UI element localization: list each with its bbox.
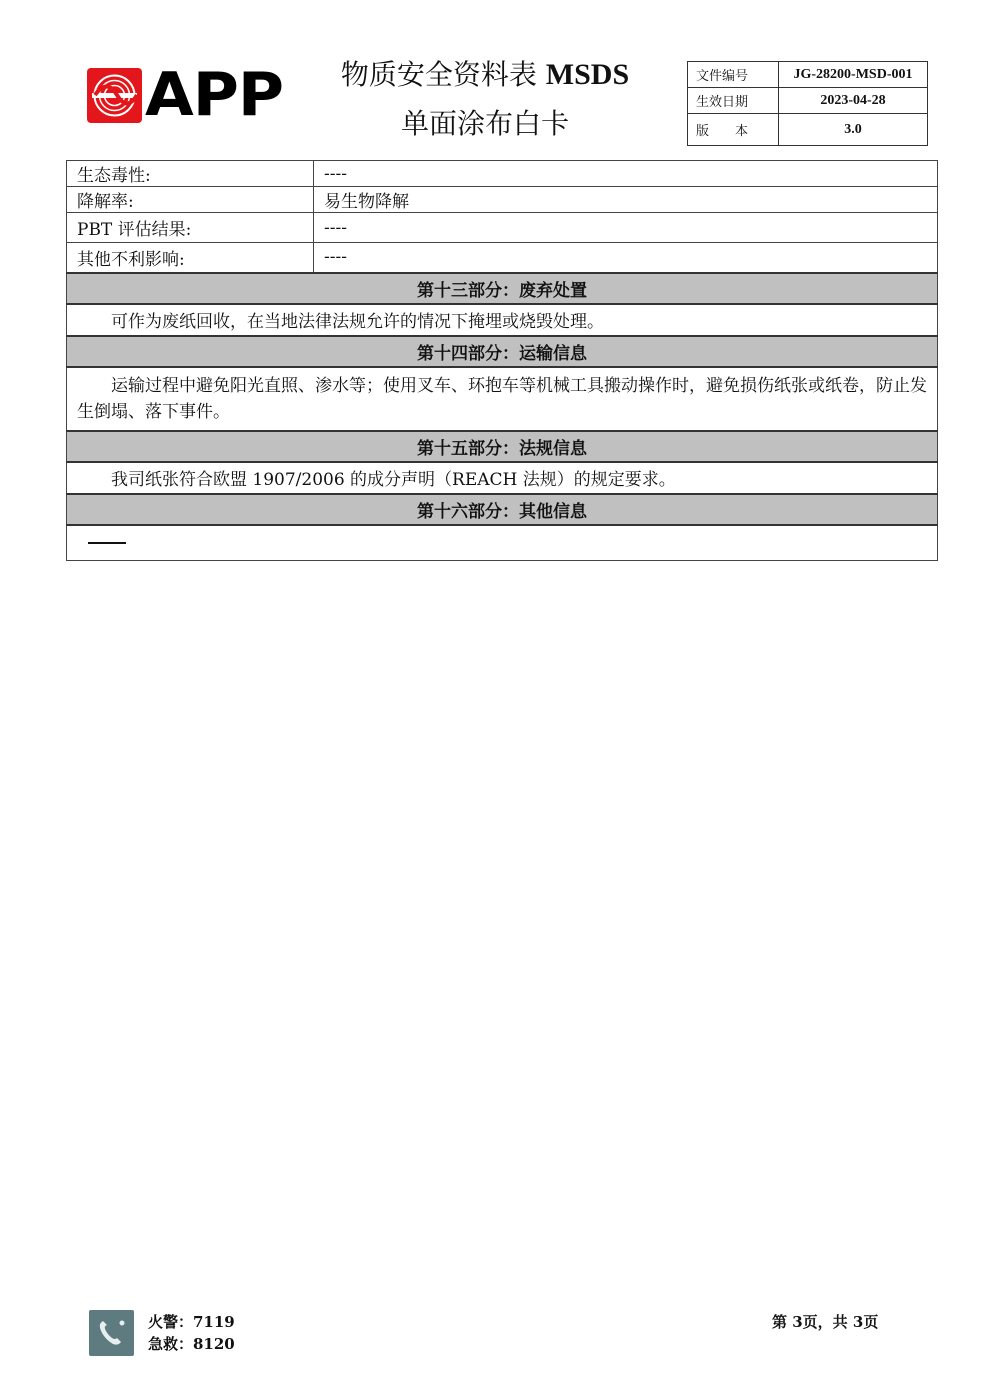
table-row: PBT 评估结果: ---- — [67, 213, 938, 243]
meta-value: JG-28200-MSD-001 — [779, 62, 928, 88]
meta-row-doc-number: 文件编号 JG-28200-MSD-001 — [688, 62, 928, 88]
section-header-14: 第十四部分：运输信息 — [67, 336, 938, 367]
row-label: 其他不利影响: — [67, 243, 314, 273]
meta-value: 3.0 — [779, 114, 928, 146]
meta-label: 文件编号 — [688, 62, 779, 88]
logo-text: APP — [145, 66, 283, 124]
meta-row-version: 版 本 3.0 — [688, 114, 928, 146]
ambulance-hotline: 急救：8120 — [148, 1333, 235, 1355]
row-value: ---- — [314, 213, 938, 243]
meta-label: 版 本 — [688, 114, 779, 146]
section-content-15: 我司纸张符合欧盟 1907/2006 的成分声明（REACH 法规）的规定要求。 — [67, 462, 938, 494]
section-text: 我司纸张符合欧盟 1907/2006 的成分声明（REACH 法规）的规定要求。 — [67, 462, 938, 494]
document-title: 物质安全资料表 MSDS 单面涂布白卡 — [320, 54, 650, 145]
fire-hotline: 火警：7119 — [148, 1311, 235, 1333]
emergency-contacts: 火警：7119 急救：8120 — [148, 1311, 235, 1355]
app-logo-mark-icon — [87, 68, 142, 123]
section-text: 运输过程中避免阳光直照、渗水等；使用叉车、环抱车等机械工具搬动操作时，避免损伤纸… — [67, 367, 938, 431]
row-value: 易生物降解 — [314, 187, 938, 213]
section-content-16 — [67, 525, 938, 561]
section-text-empty — [67, 525, 938, 561]
section-title: 第十三部分：废弃处置 — [67, 273, 938, 304]
title-cn: 物质安全资料表 — [341, 58, 537, 91]
row-label: 生态毒性: — [67, 161, 314, 187]
table-row: 降解率: 易生物降解 — [67, 187, 938, 213]
meta-label: 生效日期 — [688, 88, 779, 114]
row-label: 降解率: — [67, 187, 314, 213]
section-content-14: 运输过程中避免阳光直照、渗水等；使用叉车、环抱车等机械工具搬动操作时，避免损伤纸… — [67, 367, 938, 431]
msds-content-table: 生态毒性: ---- 降解率: 易生物降解 PBT 评估结果: ---- 其他不… — [66, 160, 938, 561]
section-content-13: 可作为废纸回收，在当地法律法规允许的情况下掩埋或烧毁处理。 — [67, 304, 938, 336]
section-header-15: 第十五部分：法规信息 — [67, 431, 938, 462]
section-title: 第十四部分：运输信息 — [67, 336, 938, 367]
section-header-13: 第十三部分：废弃处置 — [67, 273, 938, 304]
row-value: ---- — [314, 161, 938, 187]
title-latin: MSDS — [546, 58, 629, 91]
table-row: 生态毒性: ---- — [67, 161, 938, 187]
section-title: 第十六部分：其他信息 — [67, 494, 938, 525]
document-meta-table: 文件编号 JG-28200-MSD-001 生效日期 2023-04-28 版 … — [687, 61, 928, 146]
meta-value: 2023-04-28 — [779, 88, 928, 114]
row-value: ---- — [314, 243, 938, 273]
table-row: 其他不利影响: ---- — [67, 243, 938, 273]
section-text: 可作为废纸回收，在当地法律法规允许的情况下掩埋或烧毁处理。 — [67, 304, 938, 336]
row-label: PBT 评估结果: — [67, 213, 314, 243]
meta-row-effective-date: 生效日期 2023-04-28 — [688, 88, 928, 114]
product-name: 单面涂布白卡 — [320, 103, 650, 145]
page-number: 第 3页，共 3页 — [772, 1311, 878, 1332]
phone-icon — [89, 1310, 134, 1356]
section-title: 第十五部分：法规信息 — [67, 431, 938, 462]
company-logo: APP — [87, 66, 276, 124]
em-dash-placeholder — [88, 542, 126, 544]
section-header-16: 第十六部分：其他信息 — [67, 494, 938, 525]
